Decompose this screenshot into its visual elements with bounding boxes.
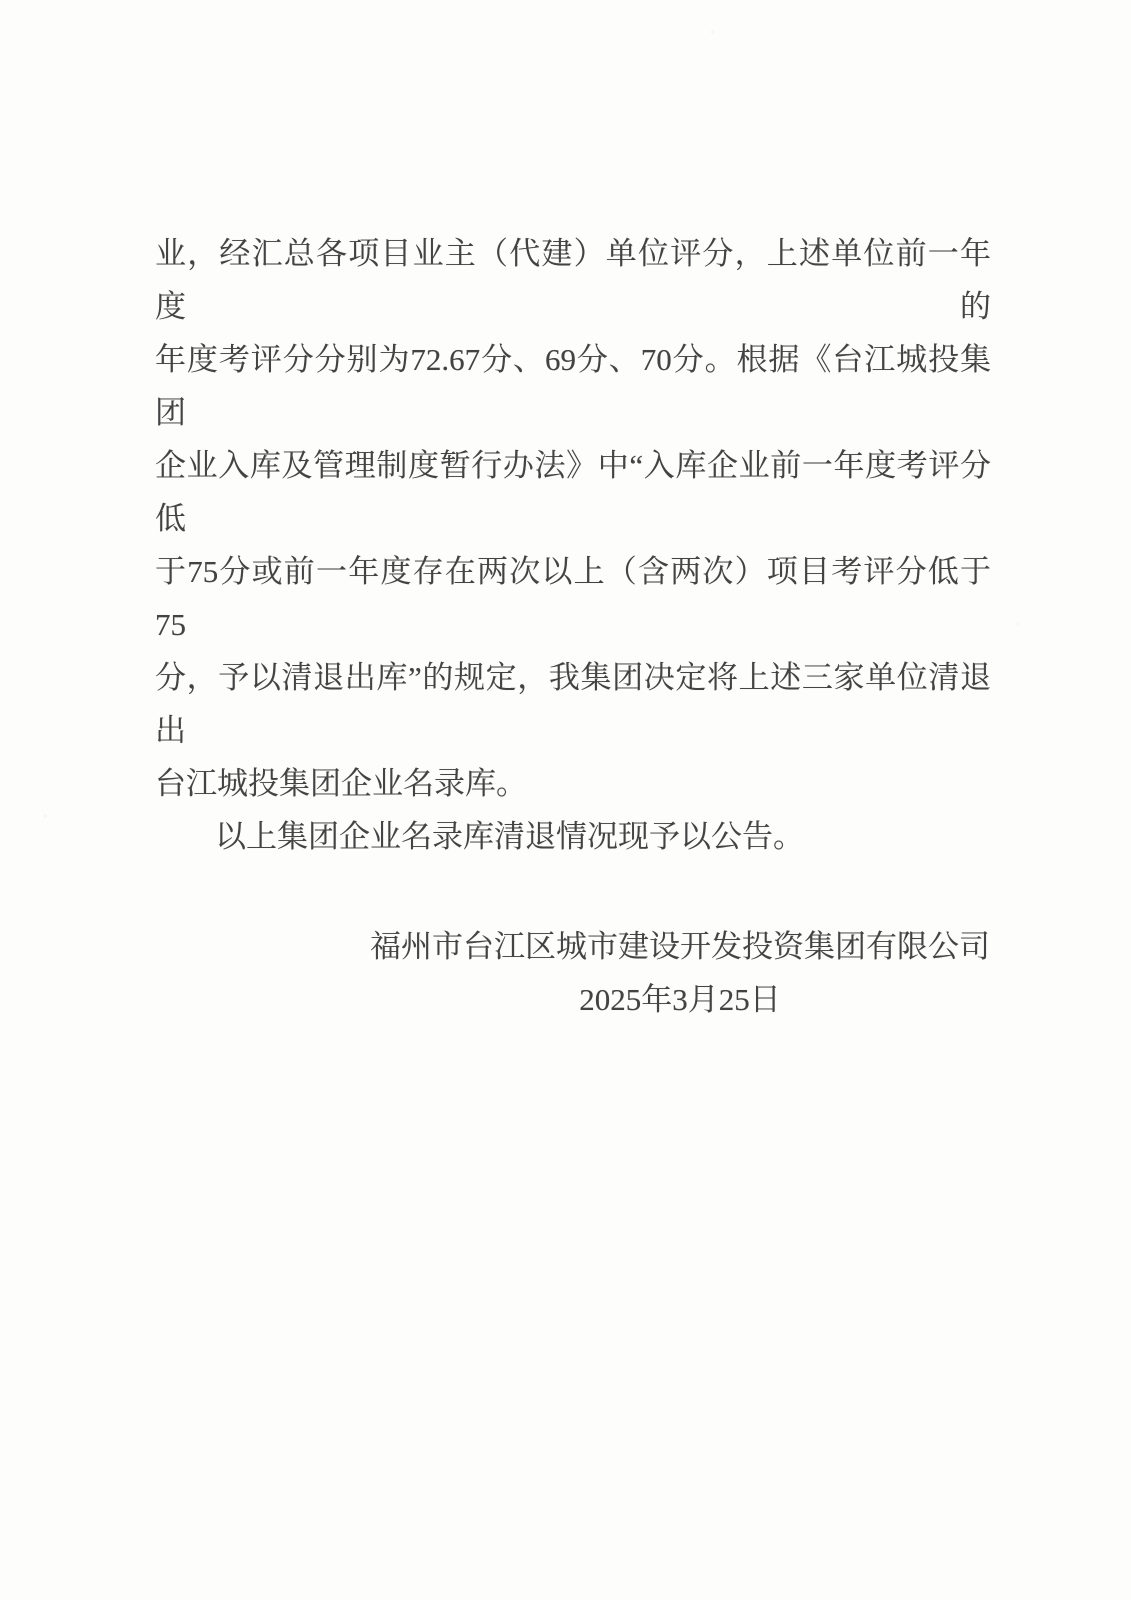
body-line: 于75分或前一年度存在两次以上（含两次）项目考评分低于75 xyxy=(155,545,991,651)
document-page: 业，经汇总各项目业主（代建）单位评分，上述单位前一年度的 年度考评分分别为72.… xyxy=(0,0,1131,1600)
closing-line: 以上集团企业名录库清退情况现予以公告。 xyxy=(155,810,991,863)
body-line: 企业入库及管理制度暂行办法》中“入库企业前一年度考评分低 xyxy=(155,439,991,545)
body-line: 年度考评分分别为72.67分、69分、70分。根据《台江城投集团 xyxy=(155,333,991,439)
body-line: 业，经汇总各项目业主（代建）单位评分，上述单位前一年度的 xyxy=(155,227,991,333)
signature-date: 2025年3月25日 xyxy=(370,973,990,1026)
signature-block: 福州市台江区城市建设开发投资集团有限公司 2025年3月25日 xyxy=(370,920,990,1026)
body-line: 台江城投集团企业名录库。 xyxy=(155,757,991,810)
body-line: 分，予以清退出库”的规定，我集团决定将上述三家单位清退出 xyxy=(155,651,991,757)
signature-organization: 福州市台江区城市建设开发投资集团有限公司 xyxy=(370,920,990,973)
notice-body: 业，经汇总各项目业主（代建）单位评分，上述单位前一年度的 年度考评分分别为72.… xyxy=(155,227,991,863)
